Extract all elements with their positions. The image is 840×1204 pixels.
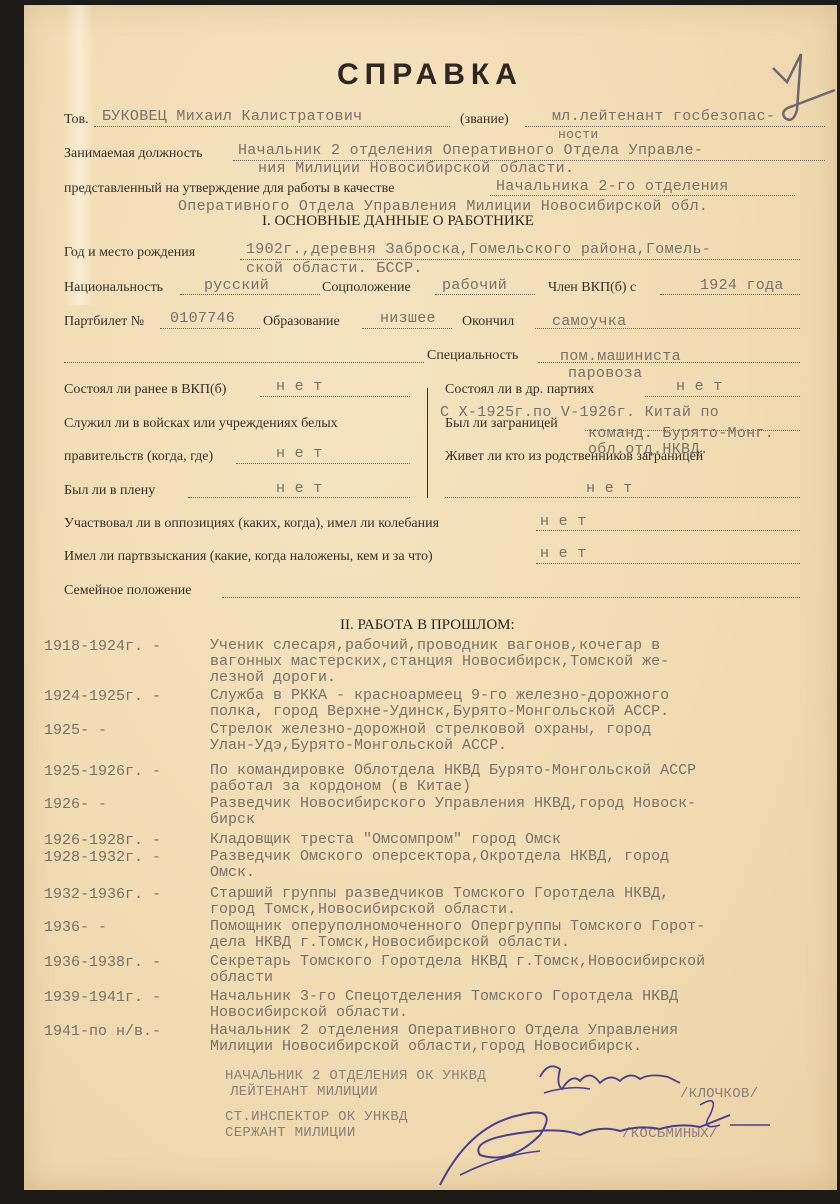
member-label: Член ВКП(б) с [548,280,636,296]
predstavlen-value-1: Начальника 2-го отделения [496,178,729,195]
work-year: 1925-1926г. - [44,763,161,780]
column-divider [427,388,428,498]
abroad-label: Был ли заграницей [445,416,558,432]
work-year: 1925- - [44,722,107,739]
work-desc: Разведчик Новосибирского Управления НКВД… [210,796,696,828]
penalties-line [536,563,800,564]
relatives-label: Живет ли кто из родственников заграницей [445,449,703,465]
section-2-heading: II. РАБОТА В ПРОШЛОМ: [340,617,515,634]
work-desc: Служба в РККА - красноармеец 9-го железн… [210,688,669,720]
social-line [435,294,535,295]
prior-vkpb-line [260,396,410,397]
opposition-label: Участвовал ли в оппозициях (каких, когда… [64,516,439,532]
other-parties-value: н е т [676,378,723,395]
section-1-heading: I. ОСНОВНЫЕ ДАННЫЕ О РАБОТНИКЕ [262,213,534,230]
signatory-1-rank: ЛЕЙТЕНАНТ МИЛИЦИИ [230,1084,378,1100]
white-service-label-2: правительств (когда, где) [64,449,213,465]
finished-value: самоучка [552,313,626,330]
penalties-label: Имел ли партвзыскания (какие, когда нало… [64,549,433,565]
signatory-2-title: СТ.ИНСПЕКТОР ОК УНКВД [225,1109,408,1125]
opposition-value: н е т [540,513,587,530]
other-parties-line [645,396,800,397]
work-year: 1936- - [44,919,107,936]
zvanie-label: (звание) [460,112,509,128]
work-desc: Помощник оперуполномоченного Опергруппы … [210,919,705,951]
specialty-label: Специальность [427,348,518,364]
dolzhnost-value-1: Начальник 2 отделения Оперативного Отдел… [238,142,703,159]
penalties-value: н е т [540,545,587,562]
dolzhnost-label: Занимаемая должность [64,146,202,162]
member-value: 1924 года [700,277,784,294]
work-desc: Кладовщик треста "Омсомпром" город Омск [210,832,561,848]
signatory-2-rank: СЕРЖАНТ МИЛИЦИИ [225,1125,356,1141]
specialty-value-1: пом.машиниста [560,348,681,365]
birth-value-2: ской области. БССР. [246,260,423,277]
handwritten-page-number [765,50,840,130]
white-service-line [236,463,410,464]
birth-value-1: 1902г.,деревня Заброска,Гомельского райо… [246,241,711,258]
work-year: 1924-1925г. - [44,688,161,705]
signature-2-ink [400,1085,780,1195]
work-year: 1926- - [44,796,107,813]
work-desc: По командировке Облотдела НКВД Бурято-Мо… [210,763,696,795]
work-desc: Секретарь Томского Горотдела НКВД г.Томс… [210,954,705,986]
dolzhnost-value-2: ния Милиции Новосибирской области. [258,160,574,177]
education-line [362,328,452,329]
partbilet-value: 0107746 [170,310,235,327]
work-desc: Начальник 3-го Спецотделения Томского Го… [210,989,678,1021]
work-desc: Ученик слесаря,рабочий,проводник вагонов… [210,638,669,686]
signatory-1-title: НАЧАЛЬНИК 2 ОТДЕЛЕНИЯ ОК УНКВД [225,1068,486,1084]
social-label: Соцположение [322,280,411,296]
birth-label: Год и место рождения [64,245,195,261]
white-service-label: Служил ли в войсках или учреждениях белы… [64,416,338,432]
captivity-label: Был ли в плену [64,483,155,499]
work-desc: Стрелок железно-дорожной стрелковой охра… [210,722,651,754]
work-year: 1936-1938г. - [44,954,161,971]
nationality-line [180,294,320,295]
document-title: СПРАВКА [337,58,523,92]
work-desc: Старший группы разведчиков Томского Горо… [210,886,669,918]
member-line [660,294,800,295]
work-year: 1941-по н/в.- [44,1023,161,1040]
white-service-value: н е т [276,445,323,462]
nationality-label: Национальность [64,280,163,296]
predstavlen-line [490,195,795,196]
specialty-value-2: паровоза [568,365,642,382]
family-line [222,597,800,598]
relatives-line [445,497,800,498]
education-label: Образование [263,314,340,330]
captivity-line [188,497,410,498]
prior-vkpb-label: Состоял ли ранее в ВКП(б) [64,382,226,398]
work-year: 1939-1941г. - [44,989,161,1006]
social-value: рабочий [442,277,507,294]
nationality-value: русский [204,277,269,294]
prior-vkpb-value: н е т [276,378,323,395]
finished-label: Окончил [462,314,514,330]
work-year: 1926-1928г. - [44,832,161,849]
education-value: низшее [380,310,436,327]
zvanie-value-1: мл.лейтенант госбезопас- [552,108,775,125]
abroad-value-2: команд. Бурято-Монг. [588,425,774,442]
tov-label: Тов. [64,112,89,128]
other-parties-label: Состоял ли в др. партиях [445,382,594,398]
partbilet-label: Партбилет № [64,314,144,330]
family-label: Семейное положение [64,583,192,599]
specialty-prefix-line [64,362,424,363]
relatives-value: н е т [586,480,633,497]
work-desc: Начальник 2 отделения Оперативного Отдел… [210,1023,678,1055]
tov-value: БУКОВЕЦ Михаил Калистратович [102,108,362,125]
work-year: 1918-1924г. - [44,638,161,655]
captivity-value: н е т [276,480,323,497]
tov-line [94,126,450,127]
work-desc: Разведчик Омского оперсектора,Окротдела … [210,849,669,881]
work-year: 1928-1932г. - [44,849,161,866]
work-year: 1932-1936г. - [44,886,161,903]
partbilet-line [160,328,260,329]
zvanie-value-2: ности [558,127,599,142]
opposition-line [536,530,800,531]
predstavlen-label: представленный на утверждение для работы… [64,181,394,197]
